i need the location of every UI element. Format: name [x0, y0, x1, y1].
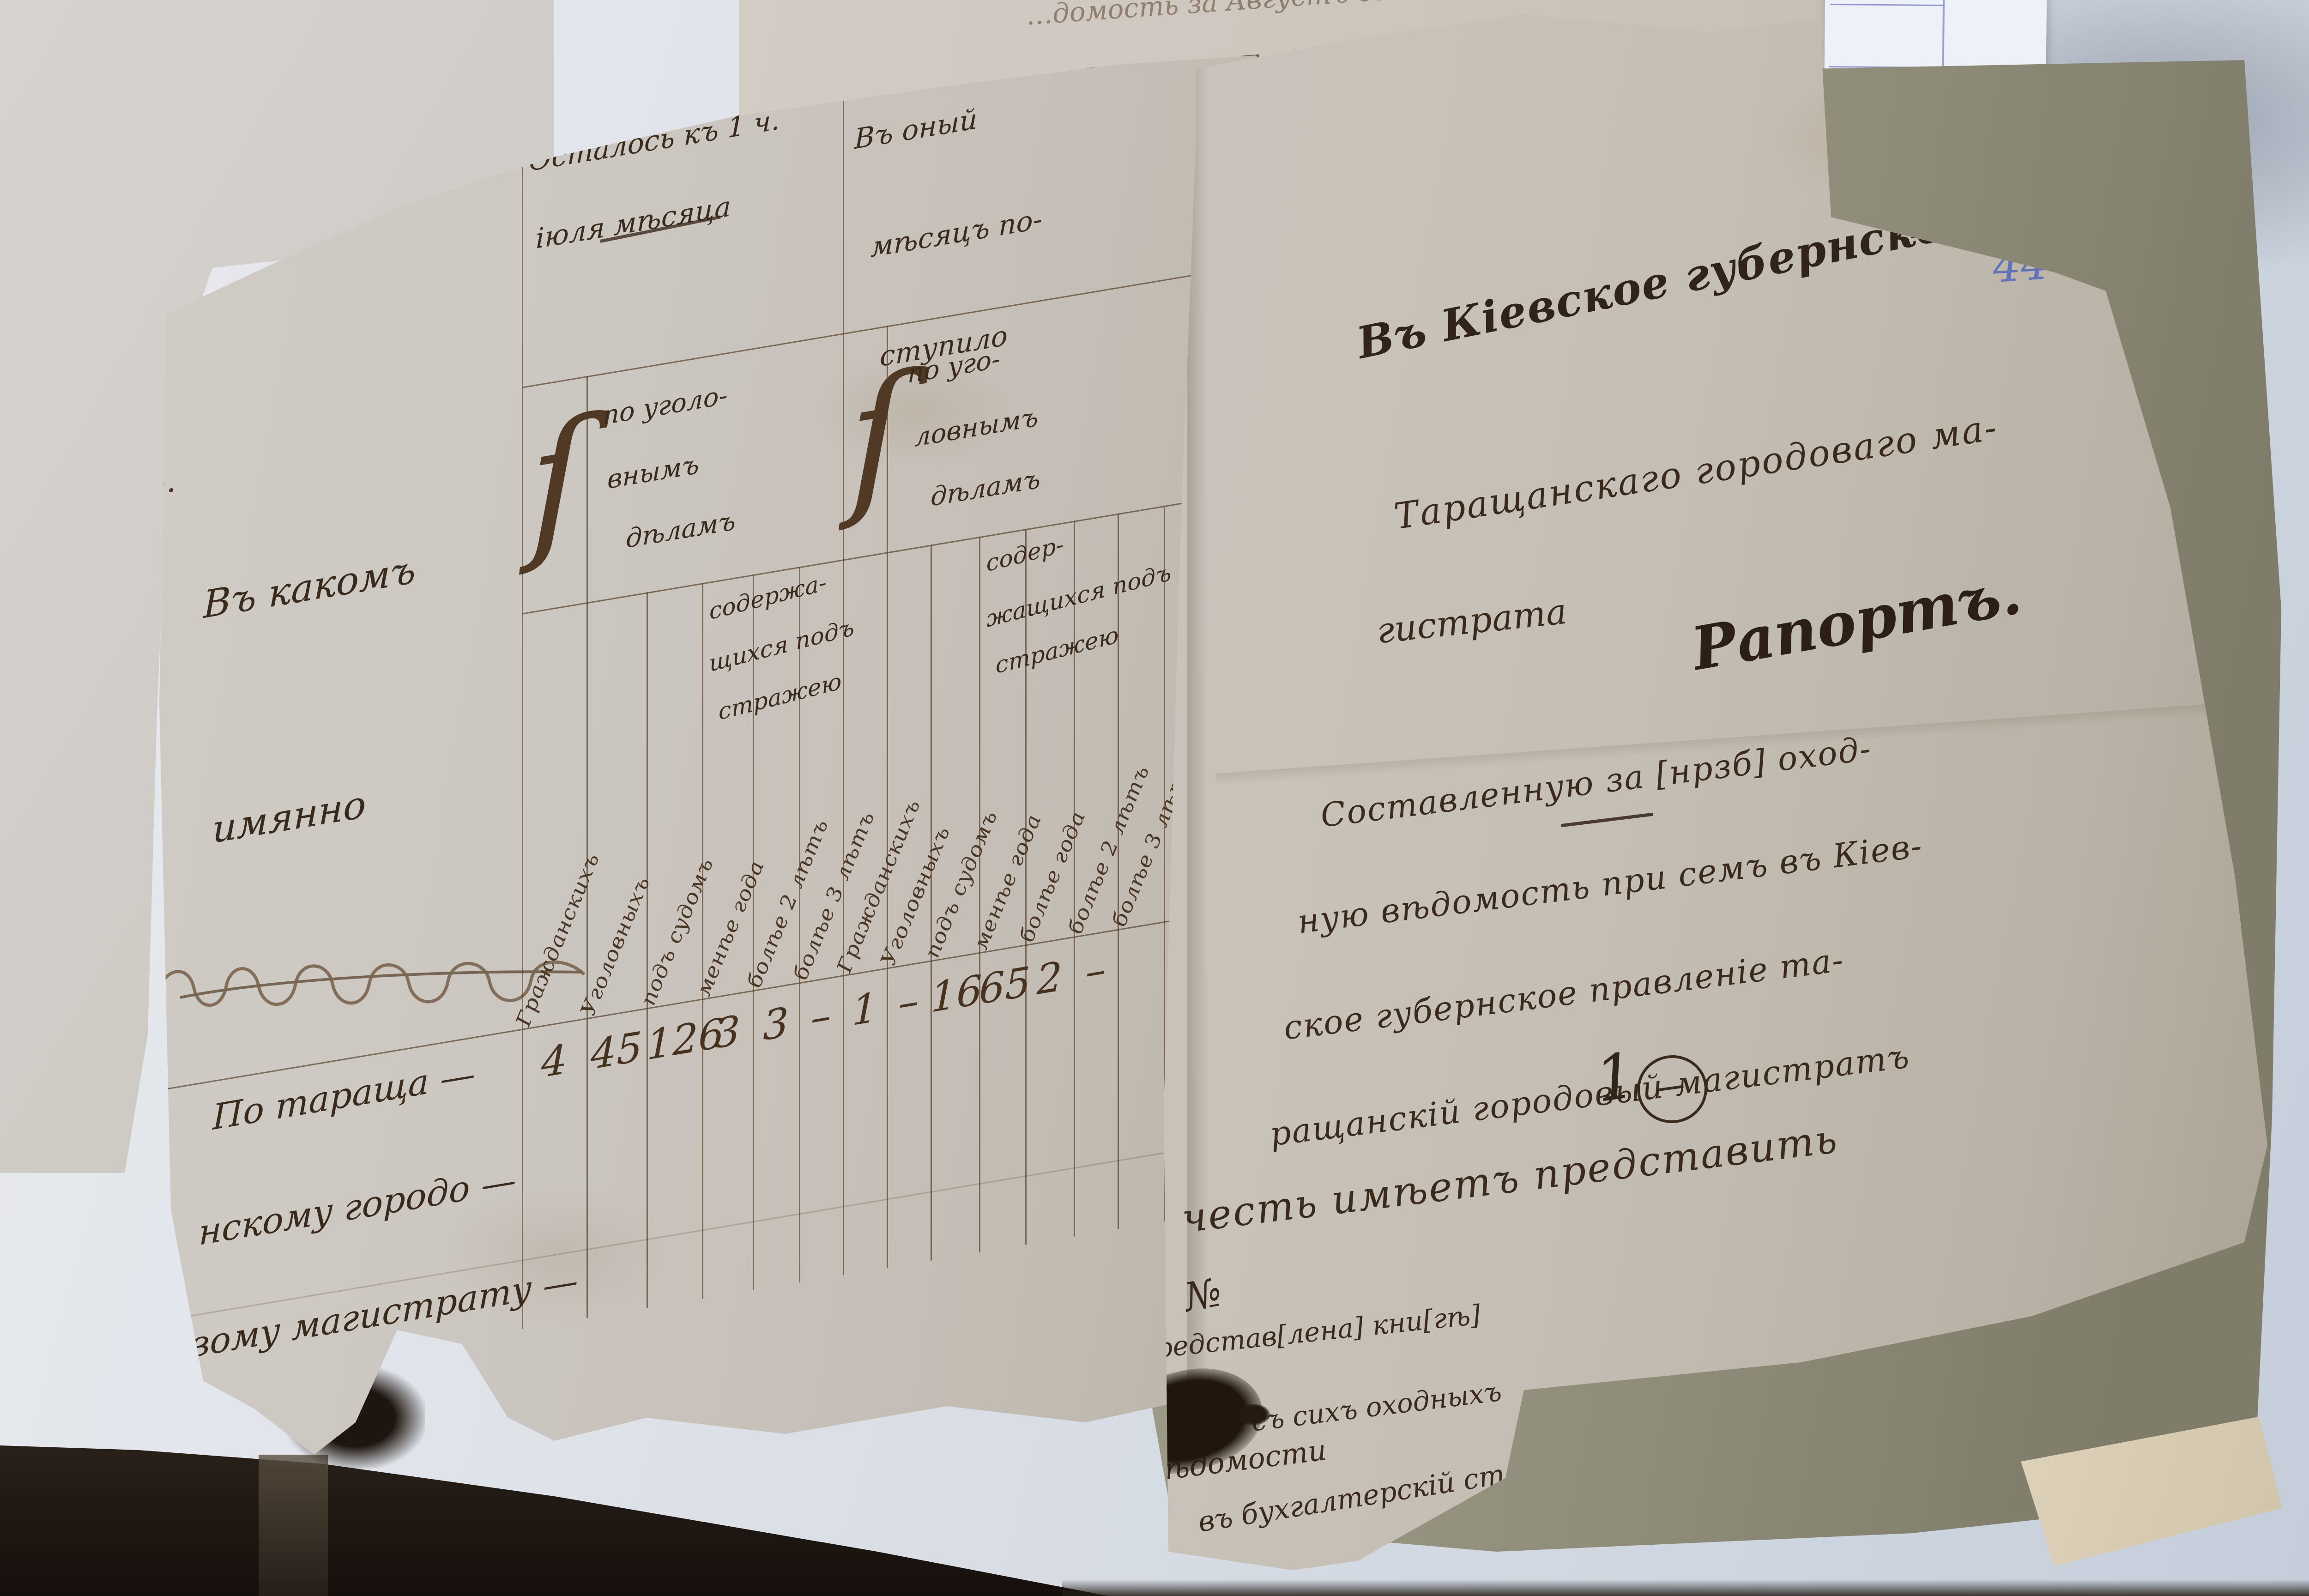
table-value: –: [887, 974, 931, 1029]
upper-doc-line1: …домость за Августъ со…: [1025, 0, 1416, 31]
table-value: 3: [753, 996, 799, 1052]
grid-line: [522, 128, 523, 1329]
ink-blot: [1238, 1404, 1270, 1425]
annotation-circle-dash: [1656, 1085, 1684, 1092]
grid-line: [799, 567, 800, 1283]
report-title: Рапортъ.: [1686, 558, 2026, 684]
grid-line: [979, 537, 980, 1253]
grid-line: [753, 574, 754, 1291]
table-value: 45: [586, 1022, 647, 1080]
note-line-2: съ сихъ оходныхъ: [1250, 1376, 1504, 1438]
table-value: –: [1074, 943, 1118, 998]
row-label-line1: По тараща —: [212, 1053, 475, 1138]
table-value: 126: [647, 1013, 702, 1070]
grid-line: [647, 592, 648, 1308]
custody-b-line3: стражею: [994, 621, 1120, 679]
group1-header-line2: іюля мѣсяца: [536, 190, 731, 255]
row-label-line2: нскому городо —: [199, 1159, 516, 1253]
column-flourish-icon: ſ: [529, 385, 587, 578]
case-type-a-line2: внымъ: [607, 450, 699, 495]
grid-line: [931, 544, 932, 1261]
table-value: 65: [979, 958, 1025, 1014]
case-type-a-line3: дѣламъ: [626, 506, 736, 554]
grid-line: [157, 908, 1242, 1091]
row-header-label-2: имянно: [212, 782, 366, 852]
table-value: 1: [843, 982, 887, 1037]
column-flourish-icon: ſ: [848, 341, 907, 533]
table-value: 3: [702, 1004, 753, 1060]
custody-a-line2: щихся подъ: [708, 614, 855, 677]
case-type-b-line2: ловнымъ: [914, 402, 1038, 453]
group2-header-line1: Въ оный: [854, 103, 977, 156]
case-type-a-line1: по уголо-: [603, 380, 727, 431]
photo-of-archival-documents: …домость за Августъ со… въ Кіевское Губе…: [0, 0, 2309, 1596]
grid-line: [1118, 513, 1119, 1229]
group2-header-line2: мѣсяцъ по-: [870, 203, 1042, 264]
body-line-2: ную вѣдомость при семъ въ Кіев-: [1295, 826, 1925, 941]
body-line-1: Составленную за [нрзб] оход-: [1318, 729, 1874, 835]
row-label-line3: вому магистрату —: [189, 1259, 578, 1366]
sender-line2: гистрата: [1374, 591, 1568, 652]
grid-line: [1074, 520, 1075, 1237]
table-front-edge-shade: [1062, 1579, 2309, 1596]
strike-mark: [1561, 813, 1653, 827]
left-page: 4.: [139, 55, 1256, 1515]
floor-light-stripe: [259, 1455, 328, 1596]
custody-a-line3: стражею: [717, 668, 843, 725]
notepad-rule-line: [1830, 4, 1944, 6]
case-type-b-line3: дѣламъ: [931, 464, 1040, 513]
row-header-label-1: Въ какомъ: [203, 548, 416, 627]
table-value: 16: [931, 966, 979, 1022]
grid-line: [1025, 529, 1027, 1245]
body-line-3: ское губернское правленіе та-: [1281, 940, 1846, 1047]
sender-line1: Таращанскаго городоваго ма-: [1391, 406, 2001, 538]
grid-line: [843, 74, 844, 1276]
table-value: 4: [522, 1032, 586, 1090]
custody-a-line1: содержа-: [708, 569, 828, 625]
table-value: –: [799, 989, 843, 1044]
number-sign: №: [1181, 1270, 1225, 1321]
grid-line: [702, 583, 703, 1299]
table-value: 2: [1025, 950, 1074, 1006]
